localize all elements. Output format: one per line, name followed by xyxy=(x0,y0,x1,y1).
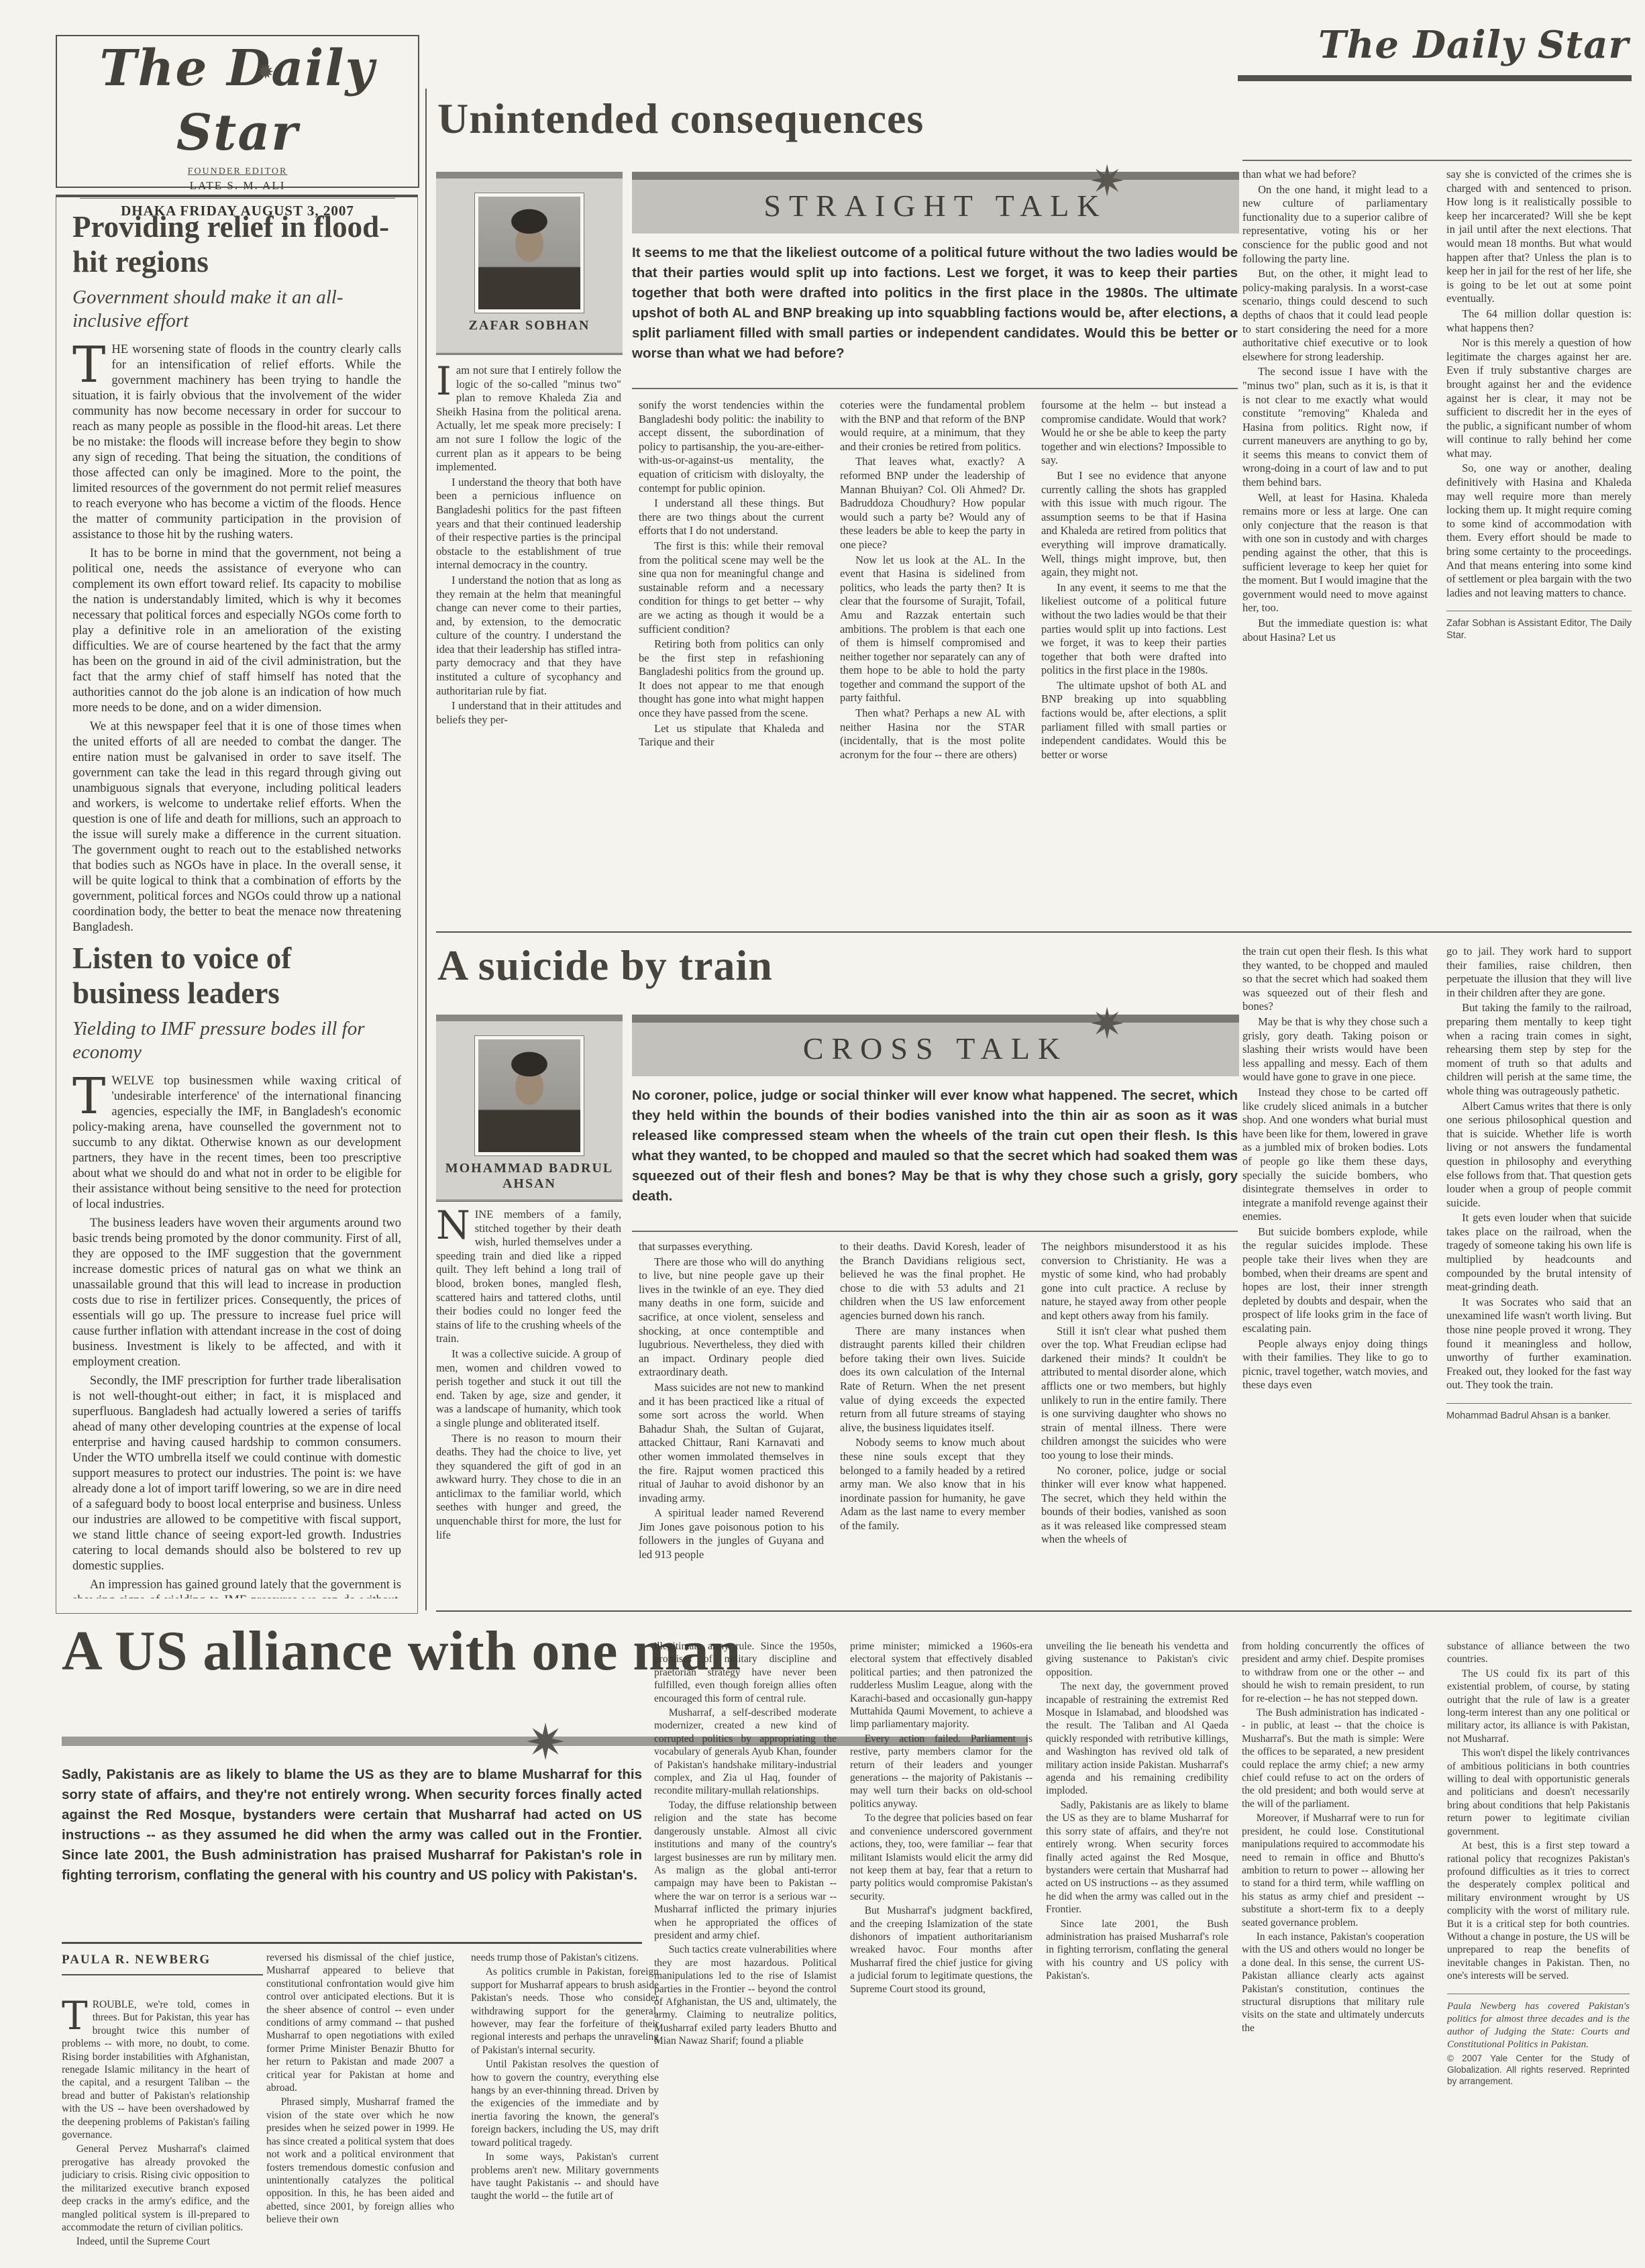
paragraph: An impression has gained ground lately t… xyxy=(72,1578,401,1598)
editorial-2-standfirst: Yielding to IMF pressure bodes ill for e… xyxy=(72,1017,401,1064)
paragraph: Instead they chose to be carted off like… xyxy=(1242,1086,1428,1224)
article-column-text: go to jail. They work hard to support th… xyxy=(1446,945,1632,1392)
paragraph: In each instance, Pakistan's cooperation… xyxy=(1242,1930,1424,2034)
column-top-rule xyxy=(1242,160,1632,161)
cross-talk-byline: MOHAMMAD BADRUL AHSAN xyxy=(436,1161,623,1198)
newspaper-page: The Daily Star The Daily Star ✹ FOUNDER … xyxy=(0,0,1645,2268)
paragraph: sonify the worst tendencies within the B… xyxy=(639,399,824,495)
running-masthead-title: The Daily Star xyxy=(1318,23,1629,67)
cross-talk-photo-box: MOHAMMAD BADRUL AHSAN xyxy=(436,1015,623,1202)
cross-talk-footnote: Mohammad Badrul Ahsan is a banker. xyxy=(1446,1403,1632,1422)
article-column: substance of alliance between the two co… xyxy=(1447,1640,1630,2245)
paragraph: General Pervez Musharraf's claimed prero… xyxy=(62,2143,250,2234)
us-alliance-intro-text: Sadly, Pakistanis are as likely to blame… xyxy=(62,1765,642,1886)
us-alliance-headline: A US alliance with one man xyxy=(62,1618,741,1684)
paragraph: Phrased simply, Musharraf framed the vis… xyxy=(266,2096,454,2226)
running-masthead: The Daily Star xyxy=(1213,23,1629,67)
paragraph: In some ways, Pakistan's current problem… xyxy=(471,2151,659,2203)
paragraph: coteries were the fundamental problem wi… xyxy=(840,399,1025,454)
straight-talk-byline: ZAFAR SOBHAN xyxy=(436,318,623,340)
paragraph: This won't dispel the likely contrivance… xyxy=(1447,1747,1630,1838)
founder-editor-label: FOUNDER EDITOR xyxy=(57,166,418,177)
paragraph: reversed his dismissal of the chief just… xyxy=(266,1951,454,2094)
cross-talk-intro-text: No coroner, police, judge or social thin… xyxy=(632,1086,1238,1206)
paragraph: I understand the theory that both have b… xyxy=(436,476,621,572)
article-column: coteries were the fundamental problem wi… xyxy=(840,399,1025,921)
cross-talk-intro: No coroner, police, judge or social thin… xyxy=(632,1086,1238,1224)
paragraph: Albert Camus writes that there is only o… xyxy=(1446,1100,1632,1210)
paragraph: from holding concurrently the offices of… xyxy=(1242,1640,1424,1705)
footnote-text: Zafar Sobhan is Assistant Editor, The Da… xyxy=(1446,617,1632,641)
article-column: The neighbors misunderstood it as his co… xyxy=(1041,1240,1226,1604)
paragraph: The neighbors misunderstood it as his co… xyxy=(1041,1240,1226,1323)
paragraph: But the immediate question is: what abou… xyxy=(1242,617,1428,644)
paragraph: Nor is this merely a question of how leg… xyxy=(1446,336,1632,460)
article-column: prime minister; mimicked a 1960s-era ele… xyxy=(850,1640,1032,2245)
masthead-box: The Daily Star ✹ FOUNDER EDITOR LATE S. … xyxy=(56,35,419,188)
paragraph: But suicide bombers explode, while the r… xyxy=(1242,1225,1428,1336)
masthead-rule xyxy=(1238,75,1632,81)
paragraph: Since late 2001, the Bush administration… xyxy=(1046,1918,1228,1983)
straight-talk-intro-text: It seems to me that the likeliest outcom… xyxy=(632,243,1238,364)
starburst-icon: ✷ xyxy=(1089,157,1125,207)
paper-logo-text: The Daily Star xyxy=(99,40,375,162)
paragraph: It was Socrates who said that an unexami… xyxy=(1446,1296,1632,1392)
editorial-box: Providing relief in flood-hit regions Go… xyxy=(56,195,418,1614)
column-divider xyxy=(425,89,427,1610)
straight-talk-headline: Unintended consequences xyxy=(437,94,924,144)
editorial-2-body: TWELVE top businessmen while waxing crit… xyxy=(72,1074,401,1598)
section-rule xyxy=(436,1610,1632,1612)
article-column-text: say she is convicted of the crimes she i… xyxy=(1446,168,1632,600)
paragraph: I understand all these things. But there… xyxy=(639,497,824,538)
section-rule xyxy=(436,931,1632,933)
paragraph: That leaves what, exactly? A reformed BN… xyxy=(840,455,1025,552)
article-column: needs trump those of Pakistan's citizens… xyxy=(471,1951,659,2247)
paragraph: Musharraf, a self-described moderate mod… xyxy=(654,1706,837,1798)
article-column: say she is convicted of the crimes she i… xyxy=(1446,168,1632,921)
article-column: the train cut open their flesh. Is this … xyxy=(1242,945,1428,1604)
paragraph: unveiling the lie beneath his vendetta a… xyxy=(1046,1640,1228,1679)
paragraph: It gets even louder when that suicide ta… xyxy=(1446,1211,1632,1294)
paragraph: Now let us look at the AL. In the event … xyxy=(840,554,1025,706)
copyright-text: © 2007 Yale Center for the Study of Glob… xyxy=(1447,2053,1630,2087)
cross-talk-label: CROSS TALK xyxy=(803,1031,1068,1066)
paragraph: There are many instances when distraught… xyxy=(840,1325,1025,1435)
paragraph: Secondly, the IMF prescription for furth… xyxy=(72,1374,401,1574)
us-alliance-intro: Sadly, Pakistanis are as likely to blame… xyxy=(62,1765,642,1938)
paragraph: TROUBLE, we're told, comes in threes. Bu… xyxy=(62,1998,250,2141)
paragraph: The Bush administration has indicated --… xyxy=(1242,1706,1424,1810)
paragraph: People always enjoy doing things with th… xyxy=(1242,1337,1428,1392)
article-column: go to jail. They work hard to support th… xyxy=(1446,945,1632,1604)
straight-talk-photo-box: ZAFAR SOBHAN xyxy=(436,172,623,355)
editorial-1-headline: Providing relief in flood-hit regions xyxy=(72,209,401,279)
starburst-icon: ✷ xyxy=(525,1714,566,1772)
paragraph: But taking the family to the railroad, p… xyxy=(1446,1001,1632,1098)
paragraph: Sadly, Pakistanis are as likely to blame… xyxy=(1046,1799,1228,1916)
paragraph: The business leaders have woven their ar… xyxy=(72,1216,401,1370)
paragraph: As politics crumble in Pakistan, foreign… xyxy=(471,1965,659,2057)
paragraph: Then what? Perhaps a new AL with neither… xyxy=(840,707,1025,762)
paragraph: The second issue I have with the "minus … xyxy=(1242,365,1428,489)
founder-editor-name: LATE S. M. ALI xyxy=(57,179,418,193)
paragraph: THE worsening state of floods in the cou… xyxy=(72,342,401,543)
paragraph: Today, the diffuse relationship between … xyxy=(654,1799,837,1942)
paragraph: There are those who will do anything to … xyxy=(639,1255,824,1380)
article-column: unveiling the lie beneath his vendetta a… xyxy=(1046,1640,1228,2245)
paragraph: But, on the other, it might lead to poli… xyxy=(1242,267,1428,364)
paragraph: I understand the notion that as long as … xyxy=(436,574,621,698)
paragraph: The first is this: while their removal f… xyxy=(639,539,824,636)
paragraph: needs trump those of Pakistan's citizens… xyxy=(471,1951,659,1964)
intro-rule xyxy=(62,1942,642,1944)
paragraph: Indeed, until the Supreme Court xyxy=(62,2235,250,2247)
article-column: reversed his dismissal of the chief just… xyxy=(266,1951,454,2247)
paragraph: The ultimate upshot of both AL and BNP b… xyxy=(1041,679,1226,762)
editorial-1-standfirst: Government should make it an all-inclusi… xyxy=(72,286,401,333)
paragraph: substance of alliance between the two co… xyxy=(1447,1640,1630,1666)
paragraph: But Musharraf's judgment backfired, and … xyxy=(850,1904,1032,1996)
paragraph: say she is convicted of the crimes she i… xyxy=(1446,168,1632,306)
paragraph: So, one way or another, dealing definiti… xyxy=(1446,462,1632,600)
paragraph: At best, this is a first step toward a r… xyxy=(1447,1839,1630,1982)
paragraph: I am not sure that I entirely follow the… xyxy=(436,364,621,474)
paragraph: But I see no evidence that anyone curren… xyxy=(1041,469,1226,580)
article-column: illegitimate army rule. Since the 1950s,… xyxy=(654,1640,837,2245)
paragraph: Nobody seems to know much about these ni… xyxy=(840,1436,1025,1533)
paragraph: Every action failed. Parliament is resti… xyxy=(850,1733,1032,1810)
straight-talk-footnote: Zafar Sobhan is Assistant Editor, The Da… xyxy=(1446,611,1632,641)
article-column-text: substance of alliance between the two co… xyxy=(1447,1640,1630,1983)
paragraph: Well, at least for Hasina. Khaleda remai… xyxy=(1242,491,1428,615)
editorial-2-headline: Listen to voice of business leaders xyxy=(72,941,401,1011)
paragraph: that surpasses everything. xyxy=(639,1240,824,1254)
photo-box-strip xyxy=(436,1015,623,1021)
paragraph: The next day, the government proved inca… xyxy=(1046,1680,1228,1798)
article-column: than what we had before?On the one hand,… xyxy=(1242,168,1428,921)
paragraph: On the one hand, it might lead to a new … xyxy=(1242,183,1428,266)
paragraph: go to jail. They work hard to support th… xyxy=(1446,945,1632,1000)
intro-rule xyxy=(632,388,1238,389)
cross-talk-headline: A suicide by train xyxy=(437,941,773,990)
editorial-2: Listen to voice of business leaders Yiel… xyxy=(72,941,401,1598)
article-column: TROUBLE, we're told, comes in threes. Bu… xyxy=(62,1998,250,2247)
paragraph: It has to be borne in mind that the gove… xyxy=(72,546,401,716)
paragraph: In any event, it seems to me that the li… xyxy=(1041,581,1226,678)
footnote-text: Paula Newberg has covered Pakistan's pol… xyxy=(1447,2000,1630,2051)
paragraph: Until Pakistan resolves the question of … xyxy=(471,2058,659,2149)
paragraph: illegitimate army rule. Since the 1950s,… xyxy=(654,1640,837,1705)
paragraph: The 64 million dollar question is: what … xyxy=(1446,307,1632,335)
paragraph: the train cut open their flesh. Is this … xyxy=(1242,945,1428,1014)
paragraph: Moreover, if Musharraf were to run for p… xyxy=(1242,1812,1424,1929)
mohammad-badrul-ahsan-photo xyxy=(475,1036,584,1155)
article-column: NINE members of a family, stitched toget… xyxy=(436,1208,621,1604)
paragraph: It was a collective suicide. A group of … xyxy=(436,1347,621,1431)
paper-logo: The Daily Star ✹ xyxy=(57,36,418,165)
paragraph: NINE members of a family, stitched toget… xyxy=(436,1208,621,1346)
paragraph: Mass suicides are not new to mankind and… xyxy=(639,1381,824,1505)
paragraph: No coroner, police, judge or social thin… xyxy=(1041,1464,1226,1547)
paragraph: Retiring both from politics can only be … xyxy=(639,637,824,721)
paragraph: We at this newspaper feel that it is one… xyxy=(72,719,401,934)
paragraph: To the degree that policies based on fea… xyxy=(850,1812,1032,1903)
masthead-star-icon: ✹ xyxy=(258,40,274,105)
paragraph: than what we had before? xyxy=(1242,168,1428,182)
zafar-sobhan-photo xyxy=(475,193,584,313)
straight-talk-label: STRAIGHT TALK xyxy=(763,189,1107,223)
intro-rule xyxy=(632,1231,1238,1232)
straight-talk-intro: It seems to me that the likeliest outcom… xyxy=(632,243,1238,382)
us-alliance-byline: PAULA R. NEWBERG xyxy=(62,1953,263,1975)
editorial-1: Providing relief in flood-hit regions Go… xyxy=(72,209,401,934)
straight-talk-banner: STRAIGHT TALK ✷ xyxy=(632,172,1239,234)
paragraph: Still it isn't clear what pushed them ov… xyxy=(1041,1325,1226,1463)
editorial-1-body: THE worsening state of floods in the cou… xyxy=(72,342,401,934)
paragraph: Such tactics create vulnerabilities wher… xyxy=(654,1943,837,2047)
paragraph: to their deaths. David Koresh, leader of… xyxy=(840,1240,1025,1323)
article-column: I am not sure that I entirely follow the… xyxy=(436,364,621,921)
article-column: from holding concurrently the offices of… xyxy=(1242,1640,1424,2245)
photo-box-strip xyxy=(436,172,623,178)
paragraph: May be that is why they chose such a gri… xyxy=(1242,1015,1428,1084)
paragraph: Let us stipulate that Khaleda and Tariqu… xyxy=(639,722,824,750)
paragraph: There is no reason to mourn their deaths… xyxy=(436,1432,621,1543)
article-column: to their deaths. David Koresh, leader of… xyxy=(840,1240,1025,1604)
footnote-text: Mohammad Badrul Ahsan is a banker. xyxy=(1446,1410,1632,1422)
us-alliance-footnote: Paula Newberg has covered Pakistan's pol… xyxy=(1447,1994,1630,2087)
article-column: sonify the worst tendencies within the B… xyxy=(639,399,824,921)
article-column: foursome at the helm -- but instead a co… xyxy=(1041,399,1226,921)
starburst-icon: ✷ xyxy=(1089,1000,1125,1049)
cross-talk-banner: CROSS TALK ✷ xyxy=(632,1015,1239,1076)
article-column: that surpasses everything.There are thos… xyxy=(639,1240,824,1604)
paragraph: foursome at the helm -- but instead a co… xyxy=(1041,399,1226,468)
paragraph: A spiritual leader named Reverend Jim Jo… xyxy=(639,1506,824,1561)
paragraph: prime minister; mimicked a 1960s-era ele… xyxy=(850,1640,1032,1731)
paragraph: TWELVE top businessmen while waxing crit… xyxy=(72,1074,401,1213)
paragraph: I understand that in their attitudes and… xyxy=(436,699,621,727)
paragraph: The US could fix its part of this existe… xyxy=(1447,1667,1630,1745)
